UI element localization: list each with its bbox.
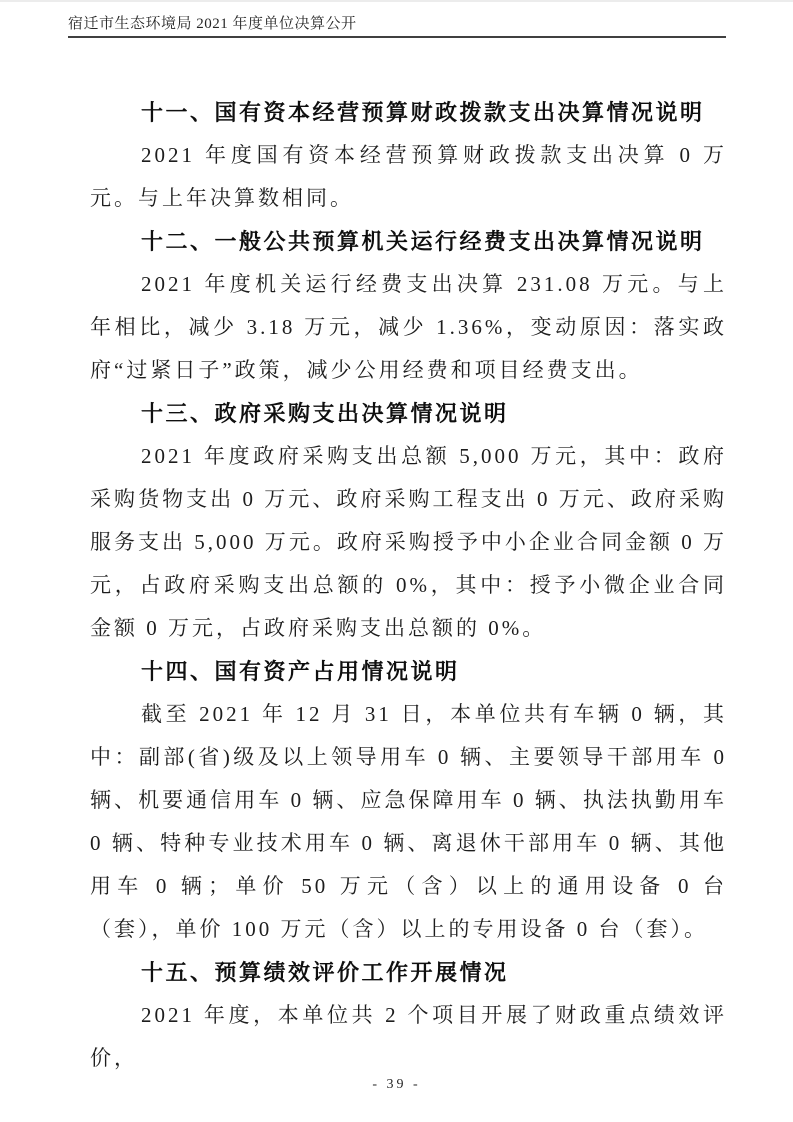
section-paragraph: 2021 年度，本单位共 2 个项目开展了财政重点绩效评价， [90,994,727,1080]
section-paragraph: 2021 年度机关运行经费支出决算 231.08 万元。与上年相比，减少 3.1… [90,263,727,392]
section-heading: 十四、国有资产占用情况说明 [90,650,727,693]
section-11: 十一、国有资本经营预算财政拨款支出决算情况说明 2021 年度国有资本经营预算财… [90,91,727,220]
section-14: 十四、国有资产占用情况说明 截至 2021 年 12 月 31 日，本单位共有车… [90,650,727,951]
section-heading: 十二、一般公共预算机关运行经费支出决算情况说明 [90,220,727,263]
page-footer: - 39 - [0,1077,793,1093]
header-title: 宿迁市生态环境局 2021 年度单位决算公开 [68,12,726,33]
page-header: 宿迁市生态环境局 2021 年度单位决算公开 [68,12,726,38]
section-paragraph: 2021 年度国有资本经营预算财政拨款支出决算 0 万元。与上年决算数相同。 [90,134,727,220]
section-15: 十五、预算绩效评价工作开展情况 2021 年度，本单位共 2 个项目开展了财政重… [90,951,727,1080]
section-heading: 十五、预算绩效评价工作开展情况 [90,951,727,994]
section-heading: 十一、国有资本经营预算财政拨款支出决算情况说明 [90,91,727,134]
section-heading: 十三、政府采购支出决算情况说明 [90,392,727,435]
page-number: - 39 - [372,1077,420,1092]
document-body: 十一、国有资本经营预算财政拨款支出决算情况说明 2021 年度国有资本经营预算财… [90,91,727,1080]
section-paragraph: 截至 2021 年 12 月 31 日，本单位共有车辆 0 辆，其中：副部(省)… [90,693,727,951]
section-13: 十三、政府采购支出决算情况说明 2021 年度政府采购支出总额 5,000 万元… [90,392,727,650]
section-paragraph: 2021 年度政府采购支出总额 5,000 万元，其中：政府采购货物支出 0 万… [90,435,727,650]
document-page: 宿迁市生态环境局 2021 年度单位决算公开 十一、国有资本经营预算财政拨款支出… [0,0,793,1122]
section-12: 十二、一般公共预算机关运行经费支出决算情况说明 2021 年度机关运行经费支出决… [90,220,727,392]
